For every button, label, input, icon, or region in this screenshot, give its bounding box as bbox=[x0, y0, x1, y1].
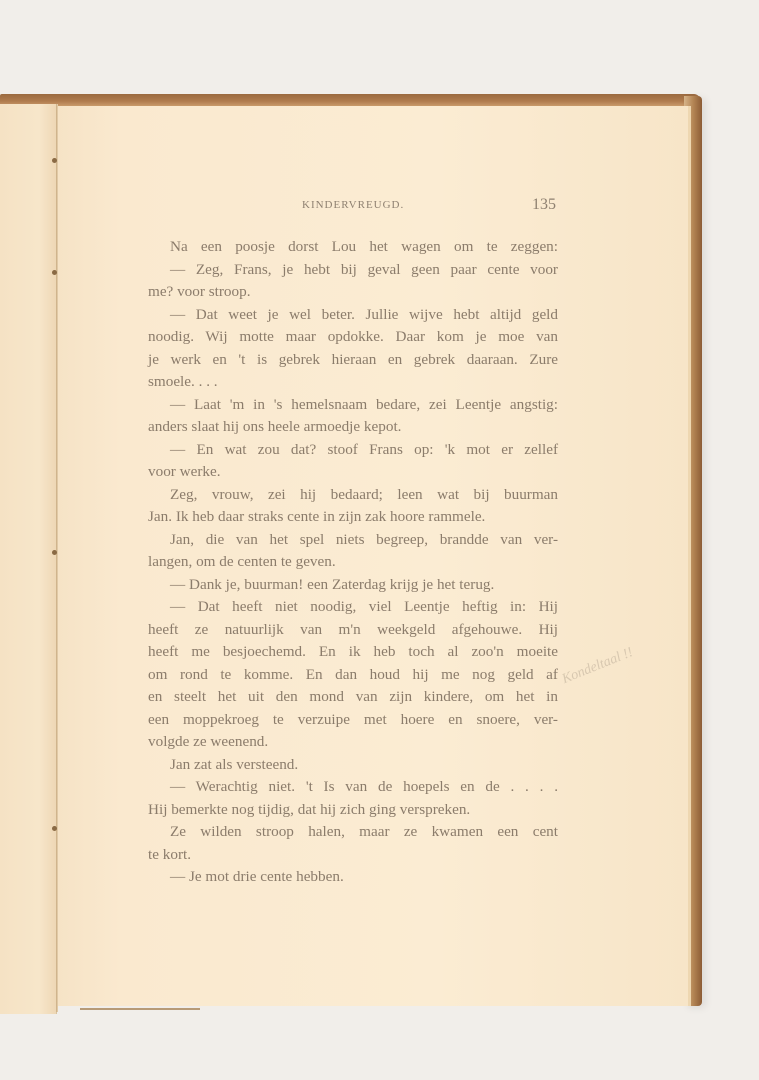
text-line: en steelt het uit den mond van zijn kind… bbox=[148, 686, 558, 709]
text-line: Zeg, vrouw, zei hij bedaard; leen wat bi… bbox=[148, 484, 558, 507]
page-number: 135 bbox=[532, 196, 556, 214]
text-line: — Dat heeft niet noodig, viel Leentje he… bbox=[148, 596, 558, 619]
book-cover-top-edge bbox=[0, 94, 700, 106]
text-line: langen, om de centen te geven. bbox=[148, 551, 558, 574]
text-line: Jan. Ik heb daar straks cente in zijn za… bbox=[148, 506, 558, 529]
text-line: Jan zat als versteend. bbox=[148, 754, 558, 777]
text-line: Na een poosje dorst Lou het wagen om te … bbox=[148, 236, 558, 259]
text-line: — Dat weet je wel beter. Jullie wijve he… bbox=[148, 304, 558, 327]
running-head: KINDERVREUGD. bbox=[302, 199, 404, 211]
text-line: — Laat 'm in 's hemelsnaam bedare, zei L… bbox=[148, 394, 558, 417]
text-line: anders slaat hij ons heele armoedje kepo… bbox=[148, 416, 558, 439]
text-line: Jan, die van het spel niets begreep, bra… bbox=[148, 529, 558, 552]
binding-stitch bbox=[52, 158, 57, 163]
text-line: heeft me besjoechemd. En ik heb toch al … bbox=[148, 641, 558, 664]
text-line: — Dank je, buurman! een Zaterdag krijg j… bbox=[148, 574, 558, 597]
body-text: Na een poosje dorst Lou het wagen om te … bbox=[148, 236, 558, 889]
text-line: — En wat zou dat? stoof Frans op: 'k mot… bbox=[148, 439, 558, 462]
text-line: volgde ze weenend. bbox=[148, 731, 558, 754]
text-line: voor werke. bbox=[148, 461, 558, 484]
text-line: een moppekroeg te verzuipe met hoere en … bbox=[148, 709, 558, 732]
text-line: me? voor stroop. bbox=[148, 281, 558, 304]
text-line: — Je mot drie cente hebben. bbox=[148, 866, 558, 889]
page-bottom-edge bbox=[80, 1008, 200, 1010]
text-line: — Werachtig niet. 't Is van de hoepels e… bbox=[148, 776, 558, 799]
text-line: Hij bemerkte nog tijdig, dat hij zich gi… bbox=[148, 799, 558, 822]
binding-stitch bbox=[52, 826, 57, 831]
text-line: smoele. . . . bbox=[148, 371, 558, 394]
text-line: je werk en 't is gebrek hieraan en gebre… bbox=[148, 349, 558, 372]
left-page bbox=[0, 104, 57, 1014]
binding-stitch bbox=[52, 550, 57, 555]
text-line: noodig. Wij motte maar opdokke. Daar kom… bbox=[148, 326, 558, 349]
text-line: — Zeg, Frans, je hebt bij geval geen paa… bbox=[148, 259, 558, 282]
text-line: om rond te komme. En dan houd hij me nog… bbox=[148, 664, 558, 687]
text-line: heeft ze natuurlijk van m'n weekgeld afg… bbox=[148, 619, 558, 642]
text-line: te kort. bbox=[148, 844, 558, 867]
text-line: Ze wilden stroop halen, maar ze kwamen e… bbox=[148, 821, 558, 844]
binding-stitch bbox=[52, 270, 57, 275]
